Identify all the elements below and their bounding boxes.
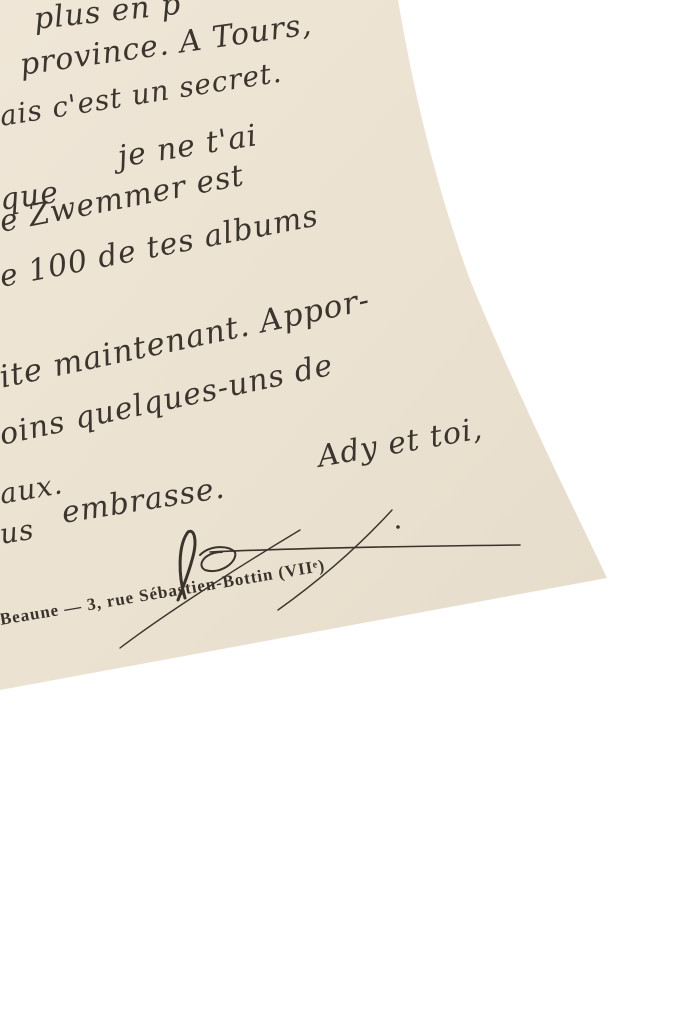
photo-stage: plus en p province. A Tours, ais c'est u… bbox=[0, 0, 683, 1024]
handwritten-line-10-start: us bbox=[0, 513, 37, 551]
